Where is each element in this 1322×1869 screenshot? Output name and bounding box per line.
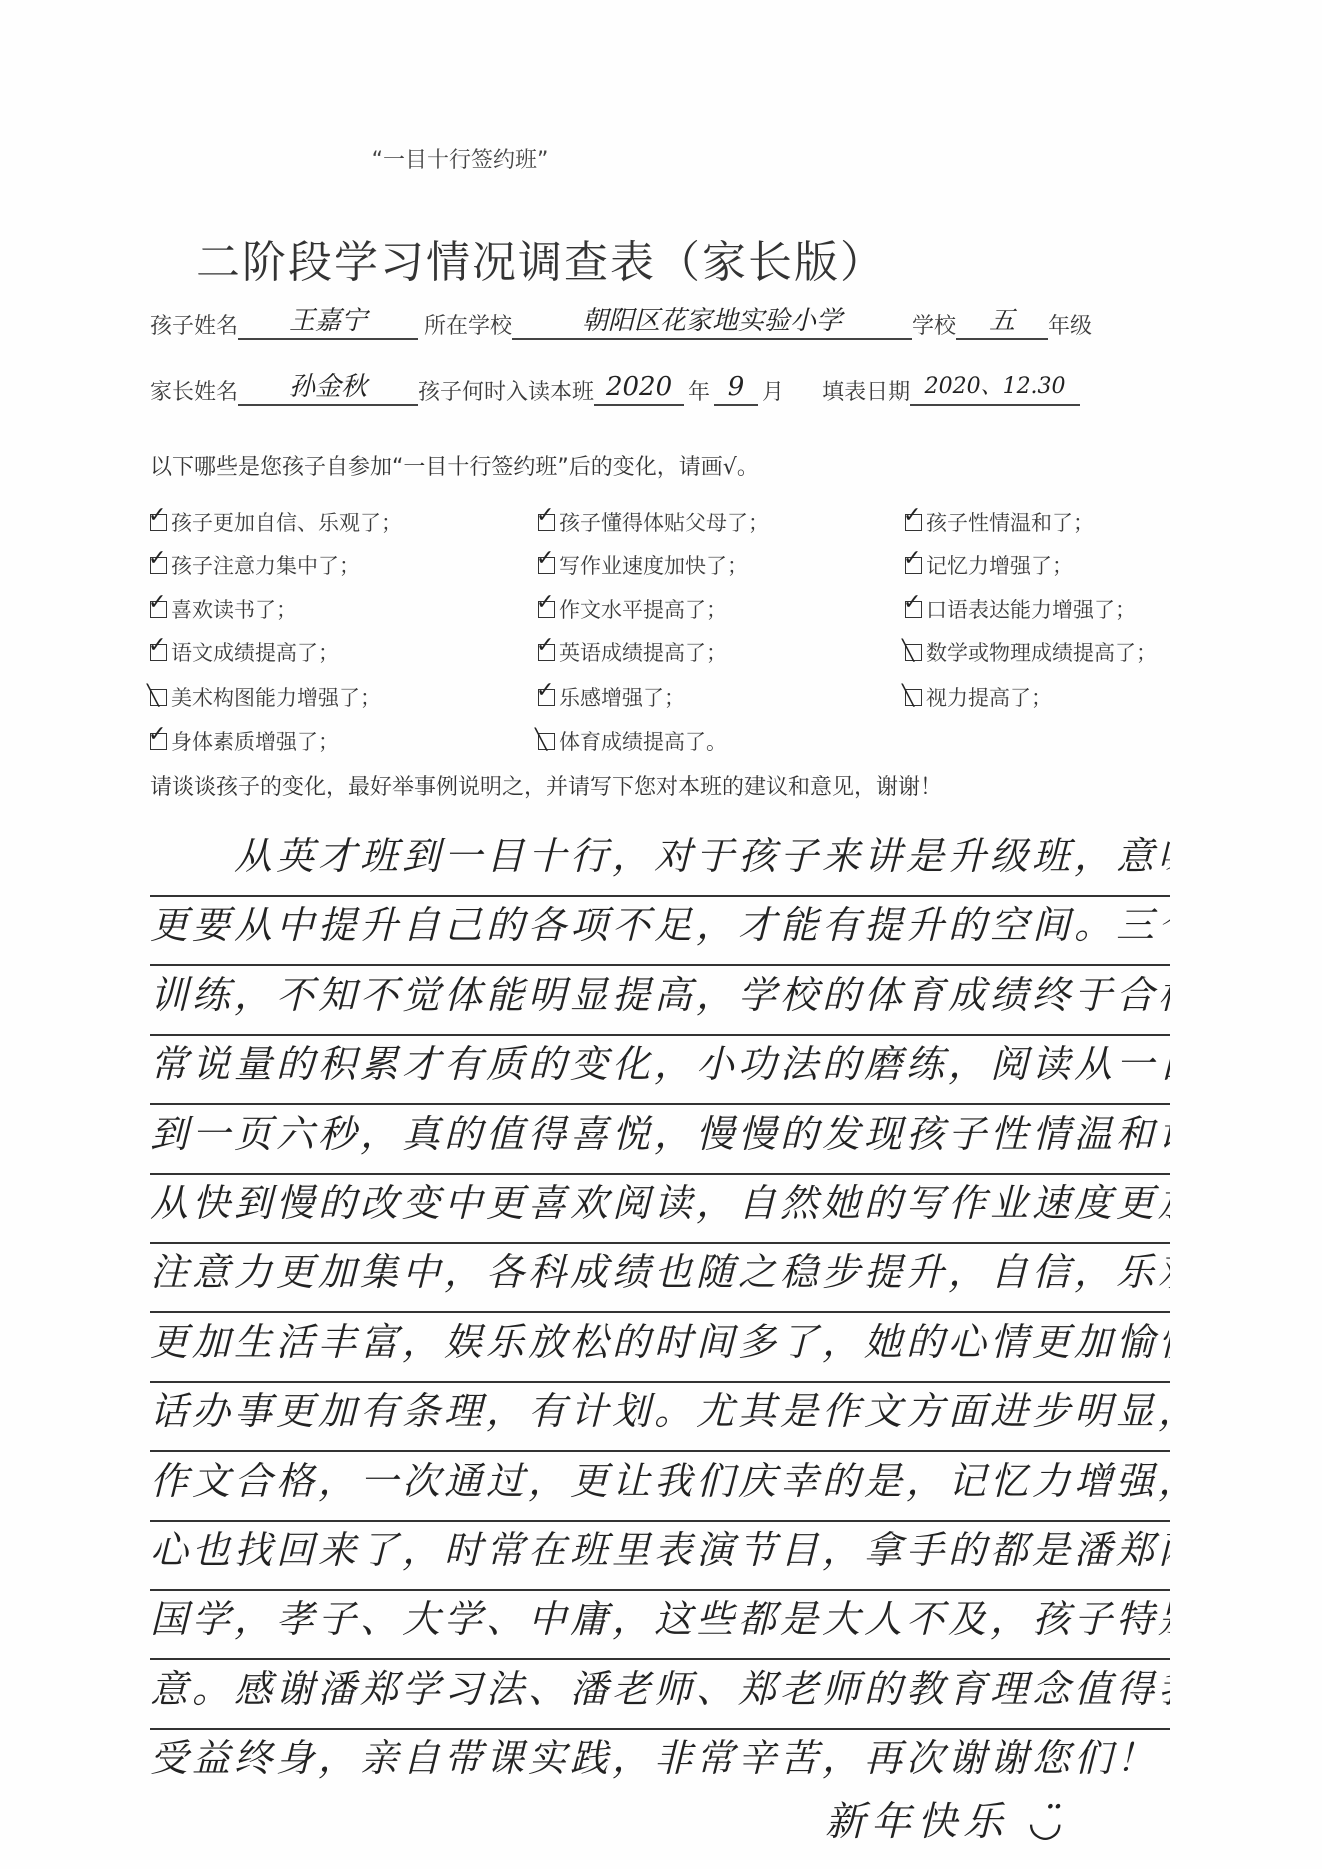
slash-icon: ╲ [535,728,547,750]
school-field[interactable]: 朝阳区花家地实验小学 [512,304,912,340]
checklist-item-label: 孩子性情温和了； [926,507,1094,537]
checklist-item-label: 英语成绩提高了； [559,637,727,667]
checkmark-icon: ✓ [148,505,166,527]
checkbox[interactable]: ╲ [150,689,167,706]
handwritten-line: 意。感谢潘郑学习法、潘老师、郑老师的教育理念值得我们 [150,1659,1170,1730]
parent-info-row: 家长姓名孙金秋孩子何时入读本班2020年9月填表日期2020、12.30 [150,370,1080,406]
parent-name-field[interactable]: 孙金秋 [238,370,418,406]
checkmark-icon: ✓ [536,548,554,570]
checklist-item-label: 孩子懂得体贴父母了； [559,507,769,537]
checkmark-icon: ✓ [536,680,554,702]
checkbox[interactable]: ✓ [150,644,167,661]
handwritten-line: 国学，孝子、大学、中庸，这些都是大人不及，孩子特别小得 [150,1589,1170,1660]
checklist-item[interactable]: ✓孩子性情温和了； [905,507,1094,537]
checklist-item[interactable]: ╲美术构图能力增强了； [150,682,381,712]
checkbox[interactable]: ✓ [150,601,167,618]
checkbox[interactable]: ✓ [538,644,555,661]
checkbox[interactable]: ✓ [538,557,555,574]
date-label: 填表日期 [822,375,910,406]
checkmark-icon: ✓ [536,505,554,527]
checklist-item-label: 记忆力增强了； [926,550,1073,580]
checklist-item[interactable]: ✓喜欢读书了； [150,594,297,624]
checkmark-icon: ✓ [536,592,554,614]
handwritten-line: 话办事更加有条理，有计划。尤其是作文方面进步明显，全学期 [150,1381,1170,1452]
school-label: 所在学校 [424,309,512,340]
checklist-item-label: 口语表达能力增强了； [926,594,1136,624]
checklist-instruction: 以下哪些是您孩子自参加“一目十行签约班”后的变化，请画√。 [150,450,759,481]
checkbox[interactable]: ✓ [538,601,555,618]
checklist-item-label: 孩子注意力集中了； [171,550,360,580]
parent-name-label: 家长姓名 [150,375,238,406]
handwritten-line: 受益终身，亲自带课实践，非常辛苦，再次谢谢您们！ [150,1728,1170,1797]
checklist-item[interactable]: ✓口语表达能力增强了； [905,594,1136,624]
child-name-field[interactable]: 王嘉宁 [238,304,418,340]
slash-icon: ╲ [902,639,914,661]
checklist-item-label: 作文水平提高了； [559,594,727,624]
checklist-item-label: 孩子更加自信、乐观了； [171,507,402,537]
checkbox[interactable]: ╲ [538,733,555,750]
child-name-label: 孩子姓名 [150,309,238,340]
checklist-item-label: 乐感增强了； [559,682,685,712]
checklist-item[interactable]: ✓身体素质增强了； [150,726,339,756]
checkmark-icon: ✓ [148,724,166,746]
handwritten-line: 作文合格，一次通过，更让我们庆幸的是，记忆力增强，自信 [150,1451,1170,1522]
signature-greeting: 新年快乐 ◡̈ [825,1790,1069,1847]
handwritten-line: 更要从中提升自己的各项不足，才能有提升的空间。三个月中的 [150,895,1170,966]
checkbox[interactable]: ✓ [538,689,555,706]
grade-suffix-label: 年级 [1048,309,1092,340]
checklist-item-label: 美术构图能力增强了； [171,682,381,712]
checklist-item[interactable]: ✓记忆力增强了； [905,550,1073,580]
checklist-item-label: 语文成绩提高了； [171,637,339,667]
checkbox[interactable]: ✓ [150,557,167,574]
checklist-item[interactable]: ✓乐感增强了； [538,682,685,712]
checkbox[interactable]: ✓ [905,557,922,574]
checklist-item[interactable]: ✓作文水平提高了； [538,594,727,624]
checkbox[interactable]: ✓ [538,514,555,531]
checkmark-icon: ✓ [148,635,166,657]
handwritten-line: 从快到慢的改变中更喜欢阅读，自然她的写作业速度更加有效率， [150,1173,1170,1244]
checklist-item[interactable]: ✓写作业速度加快了； [538,550,748,580]
handwritten-line: 心也找回来了，时常在班里表演节目，拿手的都是潘郑两学的 [150,1520,1170,1591]
handwritten-line: 训练，不知不觉体能明显提高，学校的体育成绩终于合格了， [150,965,1170,1036]
checklist-item[interactable]: ✓孩子更加自信、乐观了； [150,507,402,537]
checklist-item[interactable]: ╲体育成绩提高了。 [538,726,727,756]
checklist-item[interactable]: ✓语文成绩提高了； [150,637,339,667]
grade-field[interactable]: 五 [956,304,1048,340]
checklist-item[interactable]: ✓孩子懂得体贴父母了； [538,507,769,537]
checkbox[interactable]: ✓ [905,601,922,618]
checkmark-icon: ✓ [903,592,921,614]
handwritten-line: 从英才班到一目十行，对于孩子来讲是升级班，意味着 [150,826,1170,897]
checkmark-icon: ✓ [148,592,166,614]
checklist-item[interactable]: ✓孩子注意力集中了； [150,550,360,580]
handwritten-line: 到一页六秒，真的值得喜悦，慢慢的发现孩子性情温和许多， [150,1104,1170,1175]
checklist-item-label: 身体素质增强了； [171,726,339,756]
slash-icon: ╲ [902,684,914,706]
checkbox[interactable]: ✓ [905,514,922,531]
checklist-item-label: 写作业速度加快了； [559,550,748,580]
handwritten-line: 更加生活丰富，娱乐放松的时间多了，她的心情更加愉悦，说 [150,1312,1170,1383]
checkmark-icon: ✓ [903,548,921,570]
checklist-item[interactable]: ✓英语成绩提高了； [538,637,727,667]
checklist-item[interactable]: ╲视力提高了； [905,682,1052,712]
date-field[interactable]: 2020、12.30 [910,370,1080,406]
checkmark-icon: ✓ [148,548,166,570]
handwritten-line: 常说量的积累才有质的变化，小功法的磨练，阅读从一目一行 [150,1034,1170,1105]
series-label: “一目十行签约班” [0,143,920,174]
enroll-label: 孩子何时入读本班 [418,375,594,406]
checkmark-icon: ✓ [536,635,554,657]
enroll-year-field[interactable]: 2020 [594,370,684,406]
checklist-item[interactable]: ╲数学或物理成绩提高了； [905,637,1157,667]
enroll-month-field[interactable]: 9 [714,370,758,406]
child-info-row: 孩子姓名王嘉宁所在学校朝阳区花家地实验小学学校五年级 [150,304,1092,340]
checklist-item-label: 数学或物理成绩提高了； [926,637,1157,667]
form-title: 二阶段学习情况调查表（家长版） [0,226,1322,290]
checkbox[interactable]: ✓ [150,733,167,750]
grade-prefix-label: 学校 [912,309,956,340]
slash-icon: ╲ [147,684,159,706]
checkmark-icon: ✓ [903,505,921,527]
checkbox[interactable]: ╲ [905,689,922,706]
checklist-item-label: 喜欢读书了； [171,594,297,624]
checklist-item-label: 视力提高了； [926,682,1052,712]
checkbox[interactable]: ✓ [150,514,167,531]
checklist-item-label: 体育成绩提高了。 [559,726,727,756]
month-label: 月 [762,375,784,406]
year-label: 年 [688,375,710,406]
handwritten-line: 注意力更加集中，各科成绩也随之稳步提升，自信，乐观的她 [150,1242,1170,1313]
checkbox[interactable]: ╲ [905,644,922,661]
comment-prompt: 请谈谈孩子的变化，最好举事例说明之，并请写下您对本班的建议和意见，谢谢！ [150,770,942,801]
